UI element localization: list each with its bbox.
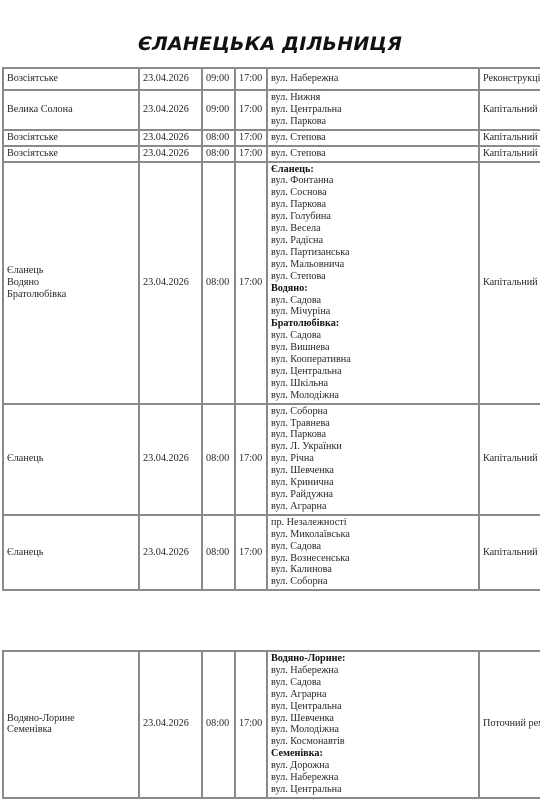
table-row: ЄланецьВодяноБратолюбівка23.04.202608:00… <box>3 162 540 404</box>
street-name: вул. Степова <box>271 132 475 144</box>
street-name: вул. Садова <box>271 677 475 689</box>
table-row: Возсіятське23.04.202608:0017:00вул. Степ… <box>3 130 540 146</box>
street-name: вул. Вишнева <box>271 342 475 354</box>
settlement-cell: Возсіятське <box>3 146 139 162</box>
street-name: вул. Молодіжна <box>271 390 475 402</box>
street-name: вул. Фонтанна <box>271 175 475 187</box>
settlement-cell: Возсіятське <box>3 68 139 90</box>
street-name: вул. Соснова <box>271 187 475 199</box>
start-time-cell: 08:00 <box>202 130 235 146</box>
street-name: вул. Степова <box>271 271 475 283</box>
street-name: вул. Шевченка <box>271 713 475 725</box>
street-name: вул. Миколаївська <box>271 529 475 541</box>
start-time-cell: 08:00 <box>202 404 235 515</box>
date-cell: 23.04.2026 <box>139 90 202 130</box>
street-name: вул. Шкільна <box>271 378 475 390</box>
settlement-name: Братолюбівка <box>7 289 135 301</box>
table-row: Возсіятське23.04.202608:0017:00вул. Степ… <box>3 146 540 162</box>
settlement-name: Водяно-Лорине <box>7 713 135 725</box>
table-row: Єланець23.04.202608:0017:00пр. Незалежно… <box>3 515 540 590</box>
street-name: вул. Аграрна <box>271 689 475 701</box>
end-time-cell: 17:00 <box>235 130 267 146</box>
locality-heading: Водяно: <box>271 283 475 295</box>
settlement-name: Семенівка <box>7 724 135 736</box>
work-type-cell: Поточний ремонт <box>479 651 540 798</box>
settlement-name: Возсіятське <box>7 73 135 85</box>
work-type-cell: Реконструкція <box>479 68 540 90</box>
street-name: вул. Аграрна <box>271 501 475 513</box>
street-name: вул. Радісна <box>271 235 475 247</box>
street-name: вул. Набережна <box>271 665 475 677</box>
streets-cell: Водяно-Лорине:вул. Набережнавул. Садовав… <box>267 651 479 798</box>
streets-cell: Єланець:вул. Фонтаннавул. Сосновавул. Па… <box>267 162 479 404</box>
street-name: вул. Паркова <box>271 429 475 441</box>
settlement-name: Возсіятське <box>7 132 135 144</box>
date-cell: 23.04.2026 <box>139 68 202 90</box>
work-type-cell: Капітальний ремонт <box>479 515 540 590</box>
street-name: вул. Степова <box>271 148 475 160</box>
settlement-name: Єланець <box>7 265 135 277</box>
street-name: вул. Кринична <box>271 477 475 489</box>
settlement-name: Велика Солона <box>7 104 135 116</box>
table-row: Велика Солона23.04.202609:0017:00вул. Ни… <box>3 90 540 130</box>
streets-cell: вул. Набережна <box>267 68 479 90</box>
start-time-cell: 08:00 <box>202 162 235 404</box>
start-time-cell: 09:00 <box>202 68 235 90</box>
street-name: вул. Набережна <box>271 73 475 85</box>
street-name: вул. Садова <box>271 330 475 342</box>
end-time-cell: 17:00 <box>235 404 267 515</box>
street-name: вул. Соборна <box>271 406 475 418</box>
end-time-cell: 17:00 <box>235 651 267 798</box>
streets-cell: вул. Степова <box>267 130 479 146</box>
street-name: вул. Райдужна <box>271 489 475 501</box>
street-name: вул. Молодіжна <box>271 724 475 736</box>
street-name: вул. Паркова <box>271 199 475 211</box>
settlement-name: Водяно <box>7 277 135 289</box>
street-name: вул. Мальовнича <box>271 259 475 271</box>
end-time-cell: 17:00 <box>235 146 267 162</box>
locality-heading: Семенівка: <box>271 748 475 760</box>
end-time-cell: 17:00 <box>235 515 267 590</box>
street-name: вул. Космонавтів <box>271 736 475 748</box>
street-name: вул. Голубина <box>271 211 475 223</box>
street-name: вул. Центральна <box>271 366 475 378</box>
settlement-cell: ЄланецьВодяноБратолюбівка <box>3 162 139 404</box>
table-row: Возсіятське23.04.202609:0017:00вул. Набе… <box>3 68 540 90</box>
start-time-cell: 08:00 <box>202 651 235 798</box>
work-type-cell: Капітальний ремонт <box>479 130 540 146</box>
page-title: ЄЛАНЕЦЬКА ДІЛЬНИЦЯ <box>0 33 540 55</box>
street-name: вул. Шевченка <box>271 465 475 477</box>
street-name: вул. Л. Українки <box>271 441 475 453</box>
street-name: вул. Нижня <box>271 92 475 104</box>
settlement-cell: Возсіятське <box>3 130 139 146</box>
street-name: пр. Незалежності <box>271 517 475 529</box>
street-name: вул. Партизанська <box>271 247 475 259</box>
street-name: вул. Центральна <box>271 784 475 796</box>
table-row: Водяно-ЛоринеСеменівка23.04.202608:0017:… <box>3 651 540 798</box>
locality-heading: Водяно-Лорине: <box>271 653 475 665</box>
locality-heading: Братолюбівка: <box>271 318 475 330</box>
settlement-name: Єланець <box>7 453 135 465</box>
streets-cell: вул. Степова <box>267 146 479 162</box>
work-type-cell: Капітальний ремонт <box>479 146 540 162</box>
locality-heading: Єланець: <box>271 164 475 176</box>
end-time-cell: 17:00 <box>235 90 267 130</box>
street-name: вул. Садова <box>271 295 475 307</box>
start-time-cell: 09:00 <box>202 90 235 130</box>
date-cell: 23.04.2026 <box>139 515 202 590</box>
start-time-cell: 08:00 <box>202 515 235 590</box>
street-name: вул. Центральна <box>271 701 475 713</box>
date-cell: 23.04.2026 <box>139 130 202 146</box>
settlement-name: Єланець <box>7 547 135 559</box>
settlement-cell: Велика Солона <box>3 90 139 130</box>
work-type-cell: Капітальний ремонт <box>479 404 540 515</box>
street-name: вул. Набережна <box>271 772 475 784</box>
work-type-cell: Капітальний ремонт <box>479 90 540 130</box>
date-cell: 23.04.2026 <box>139 162 202 404</box>
end-time-cell: 17:00 <box>235 162 267 404</box>
street-name: вул. Соборна <box>271 576 475 588</box>
street-name: вул. Весела <box>271 223 475 235</box>
work-type-cell: Капітальний ремонт <box>479 162 540 404</box>
table-row: Єланець23.04.202608:0017:00вул. Соборнав… <box>3 404 540 515</box>
streets-cell: пр. Незалежностівул. Миколаївськавул. Са… <box>267 515 479 590</box>
street-name: вул. Калинова <box>271 564 475 576</box>
date-cell: 23.04.2026 <box>139 146 202 162</box>
settlement-name: Возсіятське <box>7 148 135 160</box>
street-name: вул. Річна <box>271 453 475 465</box>
street-name: вул. Кооперативна <box>271 354 475 366</box>
date-cell: 23.04.2026 <box>139 651 202 798</box>
settlement-cell: Водяно-ЛоринеСеменівка <box>3 651 139 798</box>
street-name: вул. Паркова <box>271 116 475 128</box>
end-time-cell: 17:00 <box>235 68 267 90</box>
streets-cell: вул. Соборнавул. Травневавул. Парковавул… <box>267 404 479 515</box>
streets-cell: вул. Нижнявул. Центральнавул. Паркова <box>267 90 479 130</box>
street-name: вул. Травнева <box>271 418 475 430</box>
outage-schedule-table: Возсіятське23.04.202609:0017:00вул. Набе… <box>2 67 540 591</box>
start-time-cell: 08:00 <box>202 146 235 162</box>
outage-schedule-table-continued: Водяно-ЛоринеСеменівка23.04.202608:0017:… <box>2 650 540 799</box>
street-name: вул. Вознесенська <box>271 553 475 565</box>
date-cell: 23.04.2026 <box>139 404 202 515</box>
settlement-cell: Єланець <box>3 515 139 590</box>
street-name: вул. Дорожна <box>271 760 475 772</box>
street-name: вул. Центральна <box>271 104 475 116</box>
street-name: вул. Мічуріна <box>271 306 475 318</box>
settlement-cell: Єланець <box>3 404 139 515</box>
street-name: вул. Садова <box>271 541 475 553</box>
